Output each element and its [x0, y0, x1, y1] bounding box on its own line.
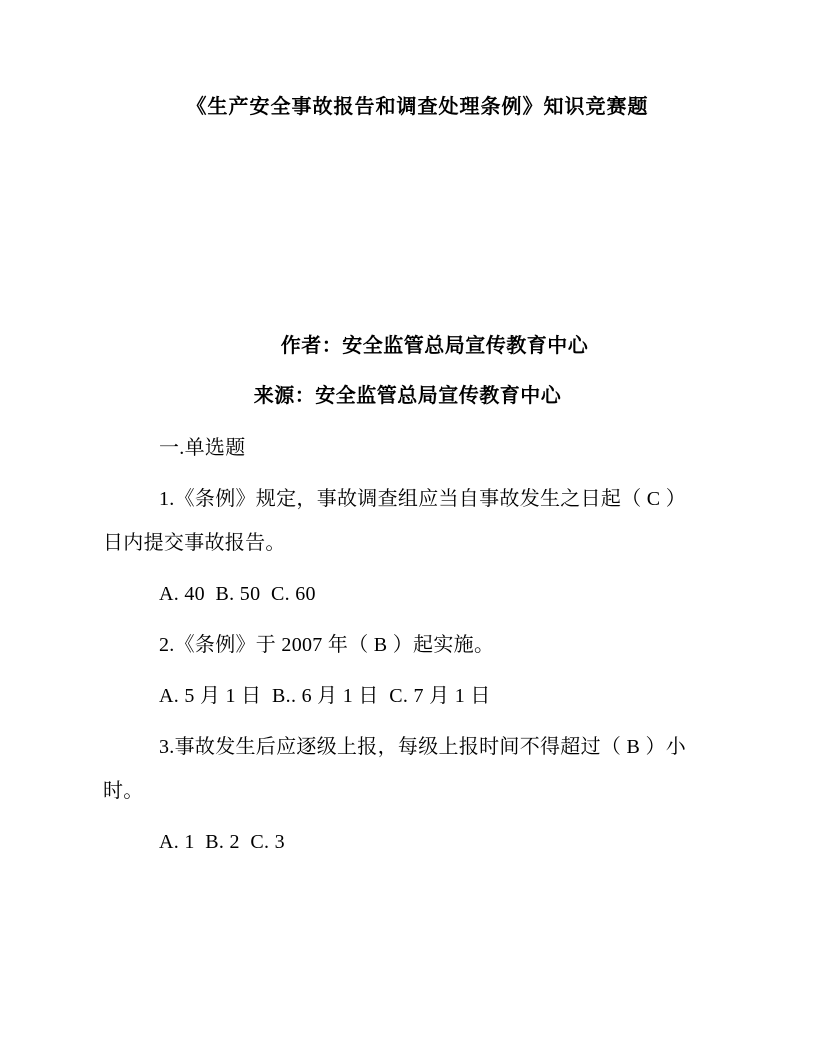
question-1-line-1: 1.《条例》规定，事故调查组应当自事故发生之日起（ C ）	[103, 477, 712, 521]
document-page: 《生产安全事故报告和调查处理条例》知识竞赛题 作者：安全监管总局宣传教育中心 来…	[0, 0, 816, 1056]
source-line: 来源：安全监管总局宣传教育中心	[103, 382, 712, 410]
question-1-options: A. 40 B. 50 C. 60	[103, 572, 712, 616]
document-title: 《生产安全事故报告和调查处理条例》知识竞赛题	[103, 94, 712, 120]
question-3-line-2: 时。	[103, 769, 712, 813]
question-1-line-2: 日内提交事故报告。	[103, 521, 712, 565]
question-3-line-1: 3.事故发生后应逐级上报，每级上报时间不得超过（ B ）小	[103, 725, 712, 769]
question-2-options: A. 5 月 1 日 B.. 6 月 1 日 C. 7 月 1 日	[103, 674, 712, 718]
section-heading-single-choice: 一.单选题	[103, 426, 712, 470]
question-3-options: A. 1 B. 2 C. 3	[103, 820, 712, 864]
question-2-line-1: 2.《条例》于 2007 年（ B ）起实施。	[103, 623, 712, 667]
author-line: 作者：安全监管总局宣传教育中心	[103, 332, 712, 360]
